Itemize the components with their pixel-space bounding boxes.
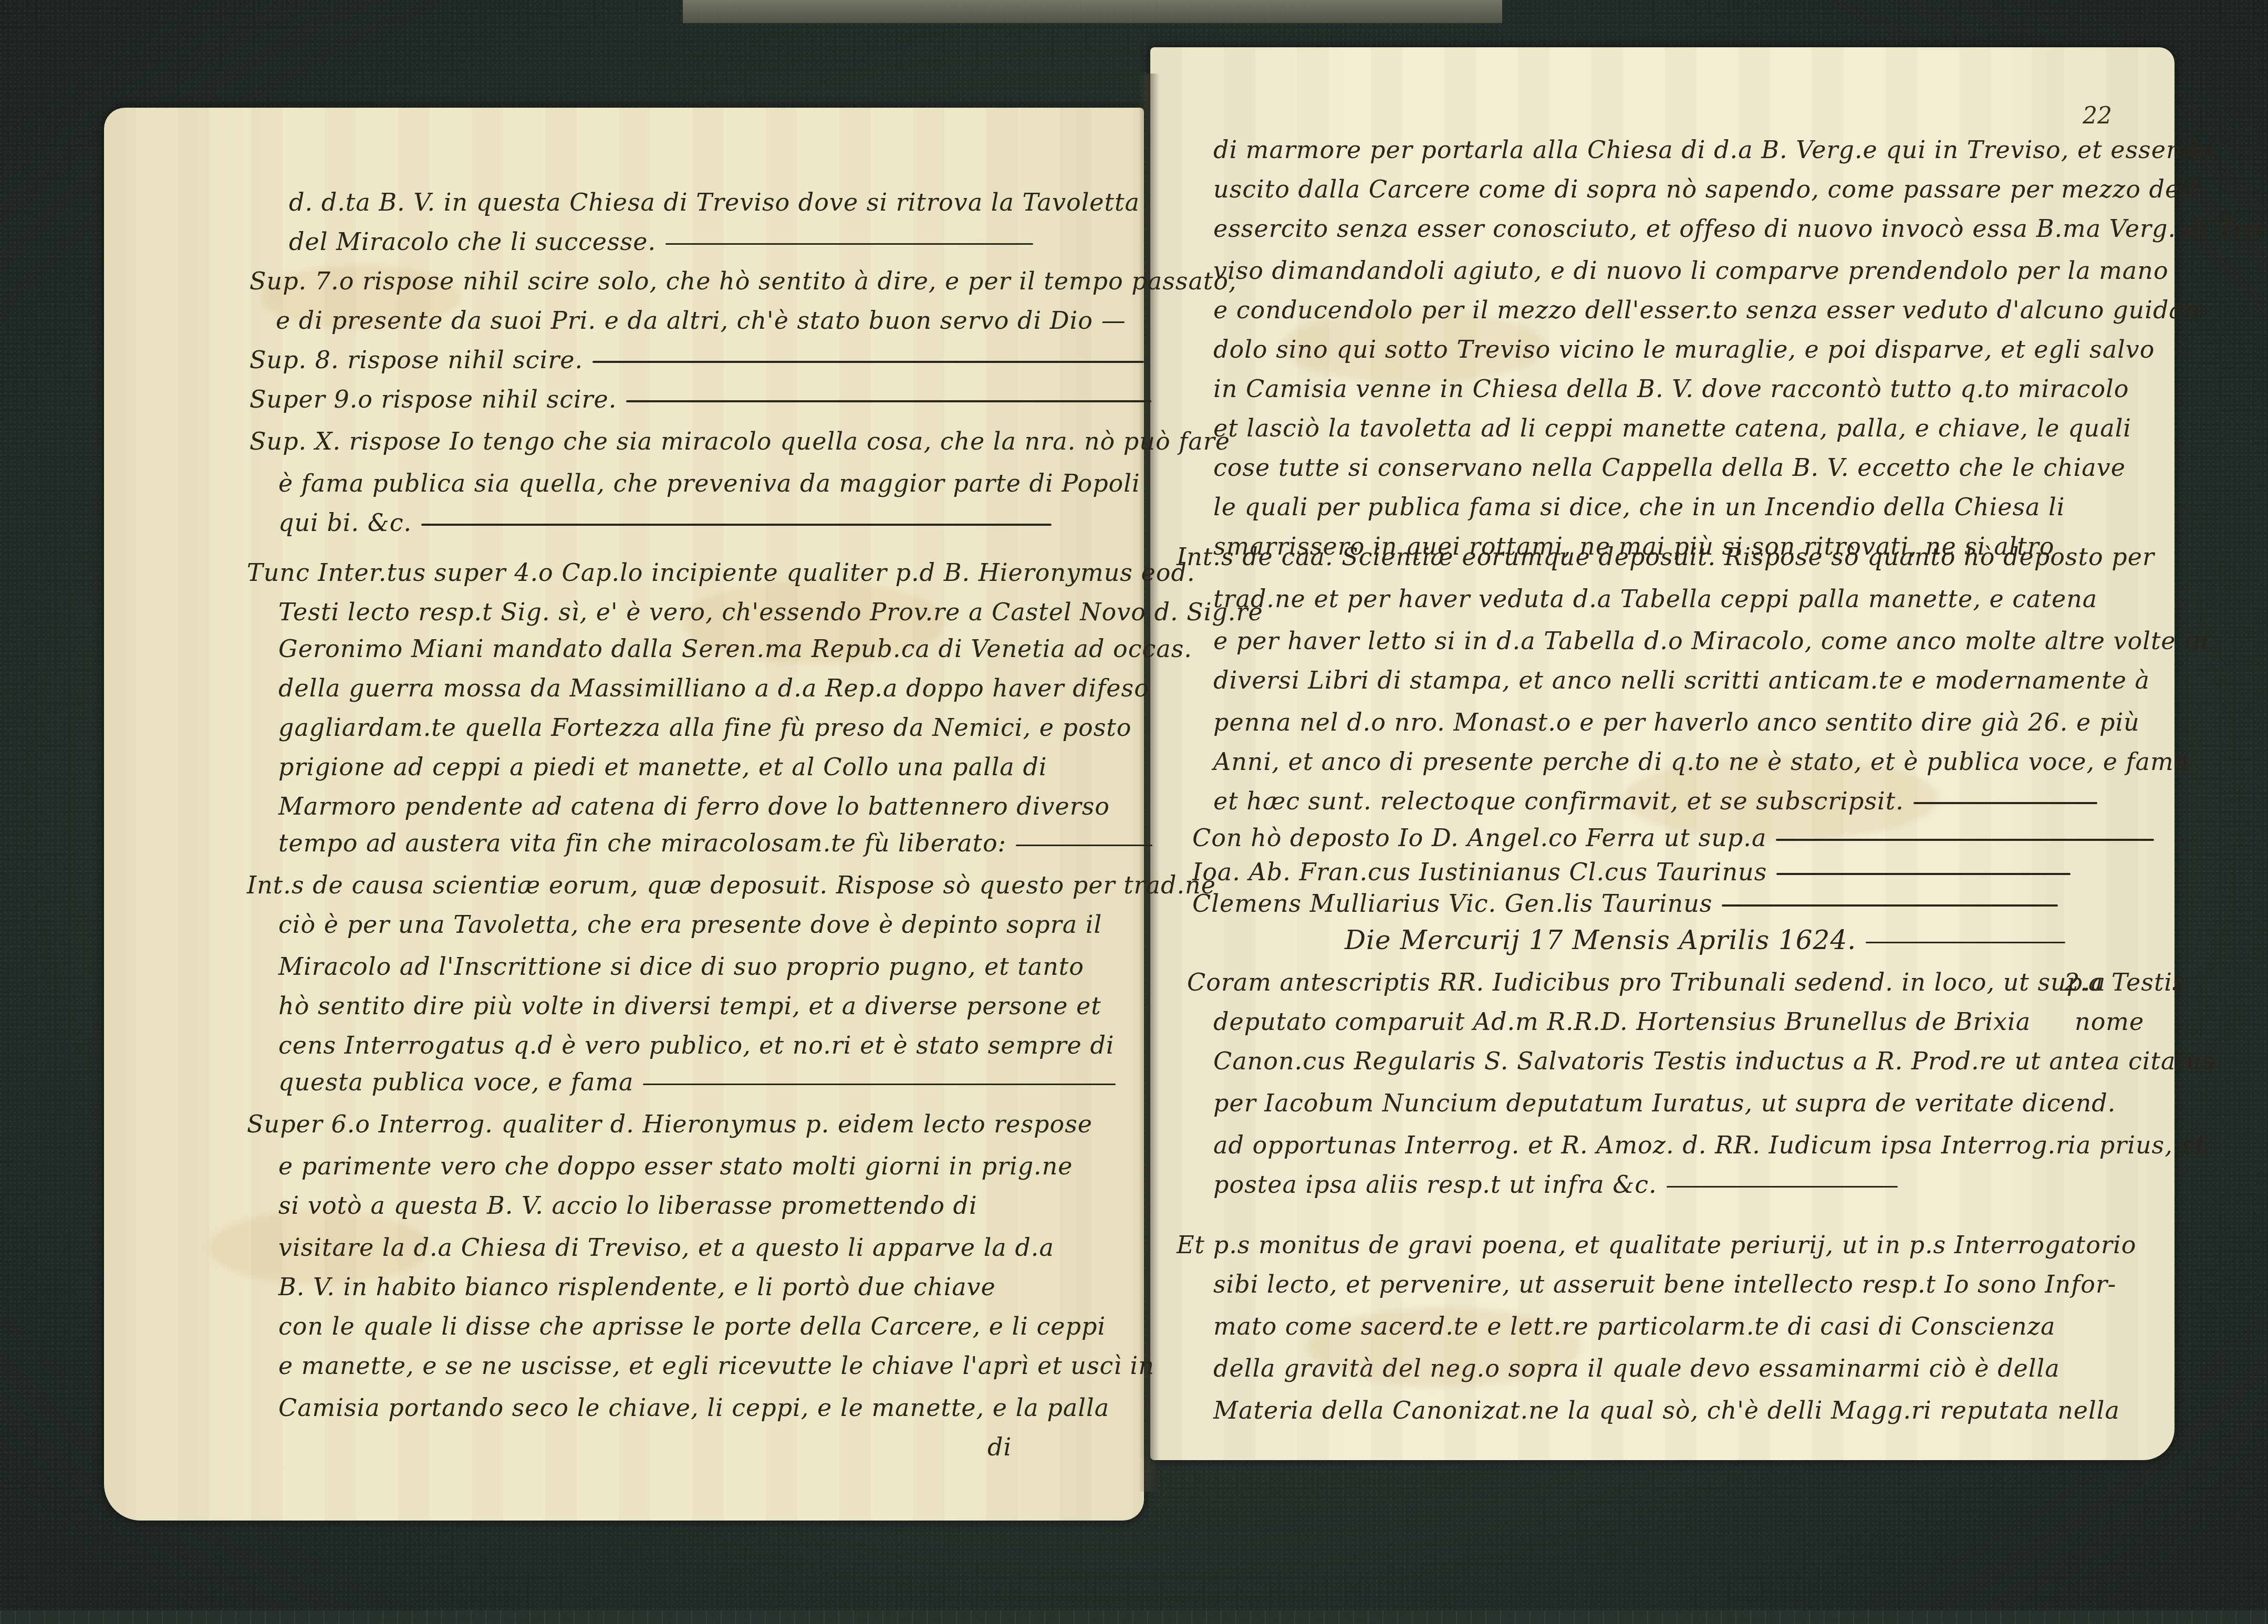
text-line: tempo ad austera vita fin che miracolosa… xyxy=(278,827,1152,859)
text-line: Et p.s monitus de gravi poena, et qualit… xyxy=(1177,1229,2136,1261)
text-line: per Iacobum Nuncium deputatum Iuratus, u… xyxy=(1213,1087,2116,1119)
line-filler-rule xyxy=(1667,1186,1898,1188)
text-line: Miracolo ad l'Inscrittione si dice di su… xyxy=(278,951,1084,982)
text-line: viso dimandandoli agiuto, e di nuovo li … xyxy=(1213,255,2169,286)
text-line: d. d.ta B. V. in questa Chiesa di Trevis… xyxy=(289,186,1140,218)
text-line: Int.s de causa scientiæ eorum, quæ depos… xyxy=(247,869,1216,901)
text-line: Sup. 7.o rispose nihil scire solo, che h… xyxy=(249,265,1237,297)
text-line: Testi lecto resp.t Sig. sì, e' è vero, c… xyxy=(278,596,1263,628)
text-line: et lasciò la tavoletta ad li ceppi manet… xyxy=(1213,412,2131,444)
line-filler-rule xyxy=(592,361,1144,363)
text-line: della gravità del neg.o sopra il quale d… xyxy=(1213,1352,2060,1384)
text-line: Canon.cus Regularis S. Salvatoris Testis… xyxy=(1213,1045,2215,1077)
scan-ruler xyxy=(0,1610,2268,1624)
text-line: cose tutte si conservano nella Cappella … xyxy=(1213,452,2126,483)
text-line: sibi lecto, et pervenire, ut asseruit be… xyxy=(1213,1268,2116,1300)
catchword: di xyxy=(987,1431,1012,1463)
text-line: visitare la d.a Chiesa di Treviso, et a … xyxy=(278,1232,1054,1263)
folio-number: 22 xyxy=(2083,102,2112,129)
text-line: qui bi. &c. xyxy=(278,507,1052,538)
text-line: gagliardam.te quella Fortezza alla fine … xyxy=(278,712,1131,743)
text-line: Tunc Inter.tus super 4.o Cap.lo incipien… xyxy=(247,557,1195,588)
text-line: è fama publica sia quella, che preveniva… xyxy=(278,467,1140,499)
text-line: della guerra mossa da Massimilliano a d.… xyxy=(278,672,1149,704)
text-line: et hæc sunt. relectoque confirmavit, et … xyxy=(1213,785,2097,817)
signature-line: Con hò deposto Io D. Angel.co Ferra ut s… xyxy=(1192,822,2154,853)
text-line: e di presente da suoi Pri. e da altri, c… xyxy=(276,305,1126,336)
line-filler-rule xyxy=(665,243,1033,245)
marginal-note-testis: 2.a Testis xyxy=(2064,966,2186,998)
date-heading: Die Mercurij 17 Mensis Aprilis 1624. xyxy=(1345,924,2065,956)
text-line: Sup. X. rispose Io tengo che sia miracol… xyxy=(249,425,1230,457)
text-line: diversi Libri di stampa, et anco nelli s… xyxy=(1213,664,2150,696)
line-filler-rule xyxy=(1776,839,2154,841)
text-line: Sup. 8. rispose nihil scire. xyxy=(249,344,1144,376)
text-line: ciò è per una Tavoletta, che era present… xyxy=(278,909,1102,940)
text-line: mato come sacerd.te e lett.re particolar… xyxy=(1213,1310,2055,1342)
line-filler-rule xyxy=(1776,873,2071,875)
text-line: e manette, e se ne uscisse, et egli rice… xyxy=(278,1350,1154,1381)
text-line: le quali per publica fama si dice, che i… xyxy=(1213,491,2065,523)
text-line: deputato comparuit Ad.m R.R.D. Hortensiu… xyxy=(1213,1006,2031,1037)
line-filler-rule xyxy=(643,1084,1116,1085)
text-line: ad opportunas Interrog. et R. Amoz. d. R… xyxy=(1213,1129,2206,1161)
text-line: B. V. in habito bianco risplendente, e l… xyxy=(278,1271,996,1303)
text-line: di marmore per portarla alla Chiesa di d… xyxy=(1213,134,2213,165)
text-line: e parimente vero che doppo esser stato m… xyxy=(278,1150,1073,1182)
text-line: Materia della Canonizat.ne la qual sò, c… xyxy=(1213,1394,2120,1426)
signature-line: Ioa. Ab. Fran.cus Iustinianus Cl.cus Tau… xyxy=(1192,856,2071,888)
line-filler-rule xyxy=(1722,904,2058,907)
text-line: in Camisia venne in Chiesa della B. V. d… xyxy=(1213,373,2129,404)
text-line: Super 9.o rispose nihil scire. xyxy=(249,383,1151,415)
text-line: e conducendolo per il mezzo dell'esser.t… xyxy=(1213,294,2209,326)
marginal-note-nome: nome xyxy=(2075,1006,2144,1037)
text-line: uscito dalla Carcere come di sopra nò sa… xyxy=(1213,173,2203,205)
text-line: Geronimo Miani mandato dalla Seren.ma Re… xyxy=(278,633,1192,664)
signature-line: Clemens Mulliarius Vic. Gen.lis Taurinus xyxy=(1192,888,2058,919)
text-line: del Miracolo che li successe. xyxy=(289,226,1077,257)
text-line: cens Interrogatus q.d è vero publico, et… xyxy=(278,1029,1115,1061)
line-filler-rule xyxy=(421,524,1052,526)
line-filler-rule xyxy=(1866,942,2065,943)
line-filler-rule xyxy=(626,400,1151,402)
text-line: postea ipsa aliis resp.t ut infra &c. xyxy=(1213,1169,1898,1200)
text-line: e per haver letto si in d.a Tabella d.o … xyxy=(1213,625,2209,657)
line-filler-rule xyxy=(1016,845,1152,846)
text-line: si votò a questa B. V. accio lo liberass… xyxy=(278,1190,977,1221)
text-line: prigione ad ceppi a piedi et manette, et… xyxy=(278,751,1047,783)
text-line: penna nel d.o nro. Monast.o e per haverl… xyxy=(1213,706,2140,738)
text-line: Marmoro pendente ad catena di ferro dove… xyxy=(278,790,1110,822)
text-line: questa publica voce, e fama xyxy=(278,1066,1116,1098)
text-line: Coram antescriptis RR. Iudicibus pro Tri… xyxy=(1187,966,2106,998)
text-line: hò sentito dire più volte in diversi tem… xyxy=(278,990,1101,1022)
text-line: Anni, et anco di presente perche di q.to… xyxy=(1213,746,2189,777)
text-line: Camisia portando seco le chiave, li cepp… xyxy=(278,1392,1109,1423)
text-line: trad.ne et per haver veduta d.a Tabella … xyxy=(1213,583,2097,615)
scan-color-strip xyxy=(683,0,1502,23)
text-line: dolo sino qui sotto Treviso vicino le mu… xyxy=(1213,334,2155,365)
text-line: essercito senza esser conosciuto, et off… xyxy=(1213,213,2268,244)
text-line: con le quale li disse che aprisse le por… xyxy=(278,1310,1106,1342)
text-line: Super 6.o Interrog. qualiter d. Hieronym… xyxy=(247,1108,1093,1140)
marginal-interrogation: Int.s de caa. Scientiæ eorumque deposuit… xyxy=(1177,541,2155,572)
line-filler-rule xyxy=(1913,802,2097,804)
